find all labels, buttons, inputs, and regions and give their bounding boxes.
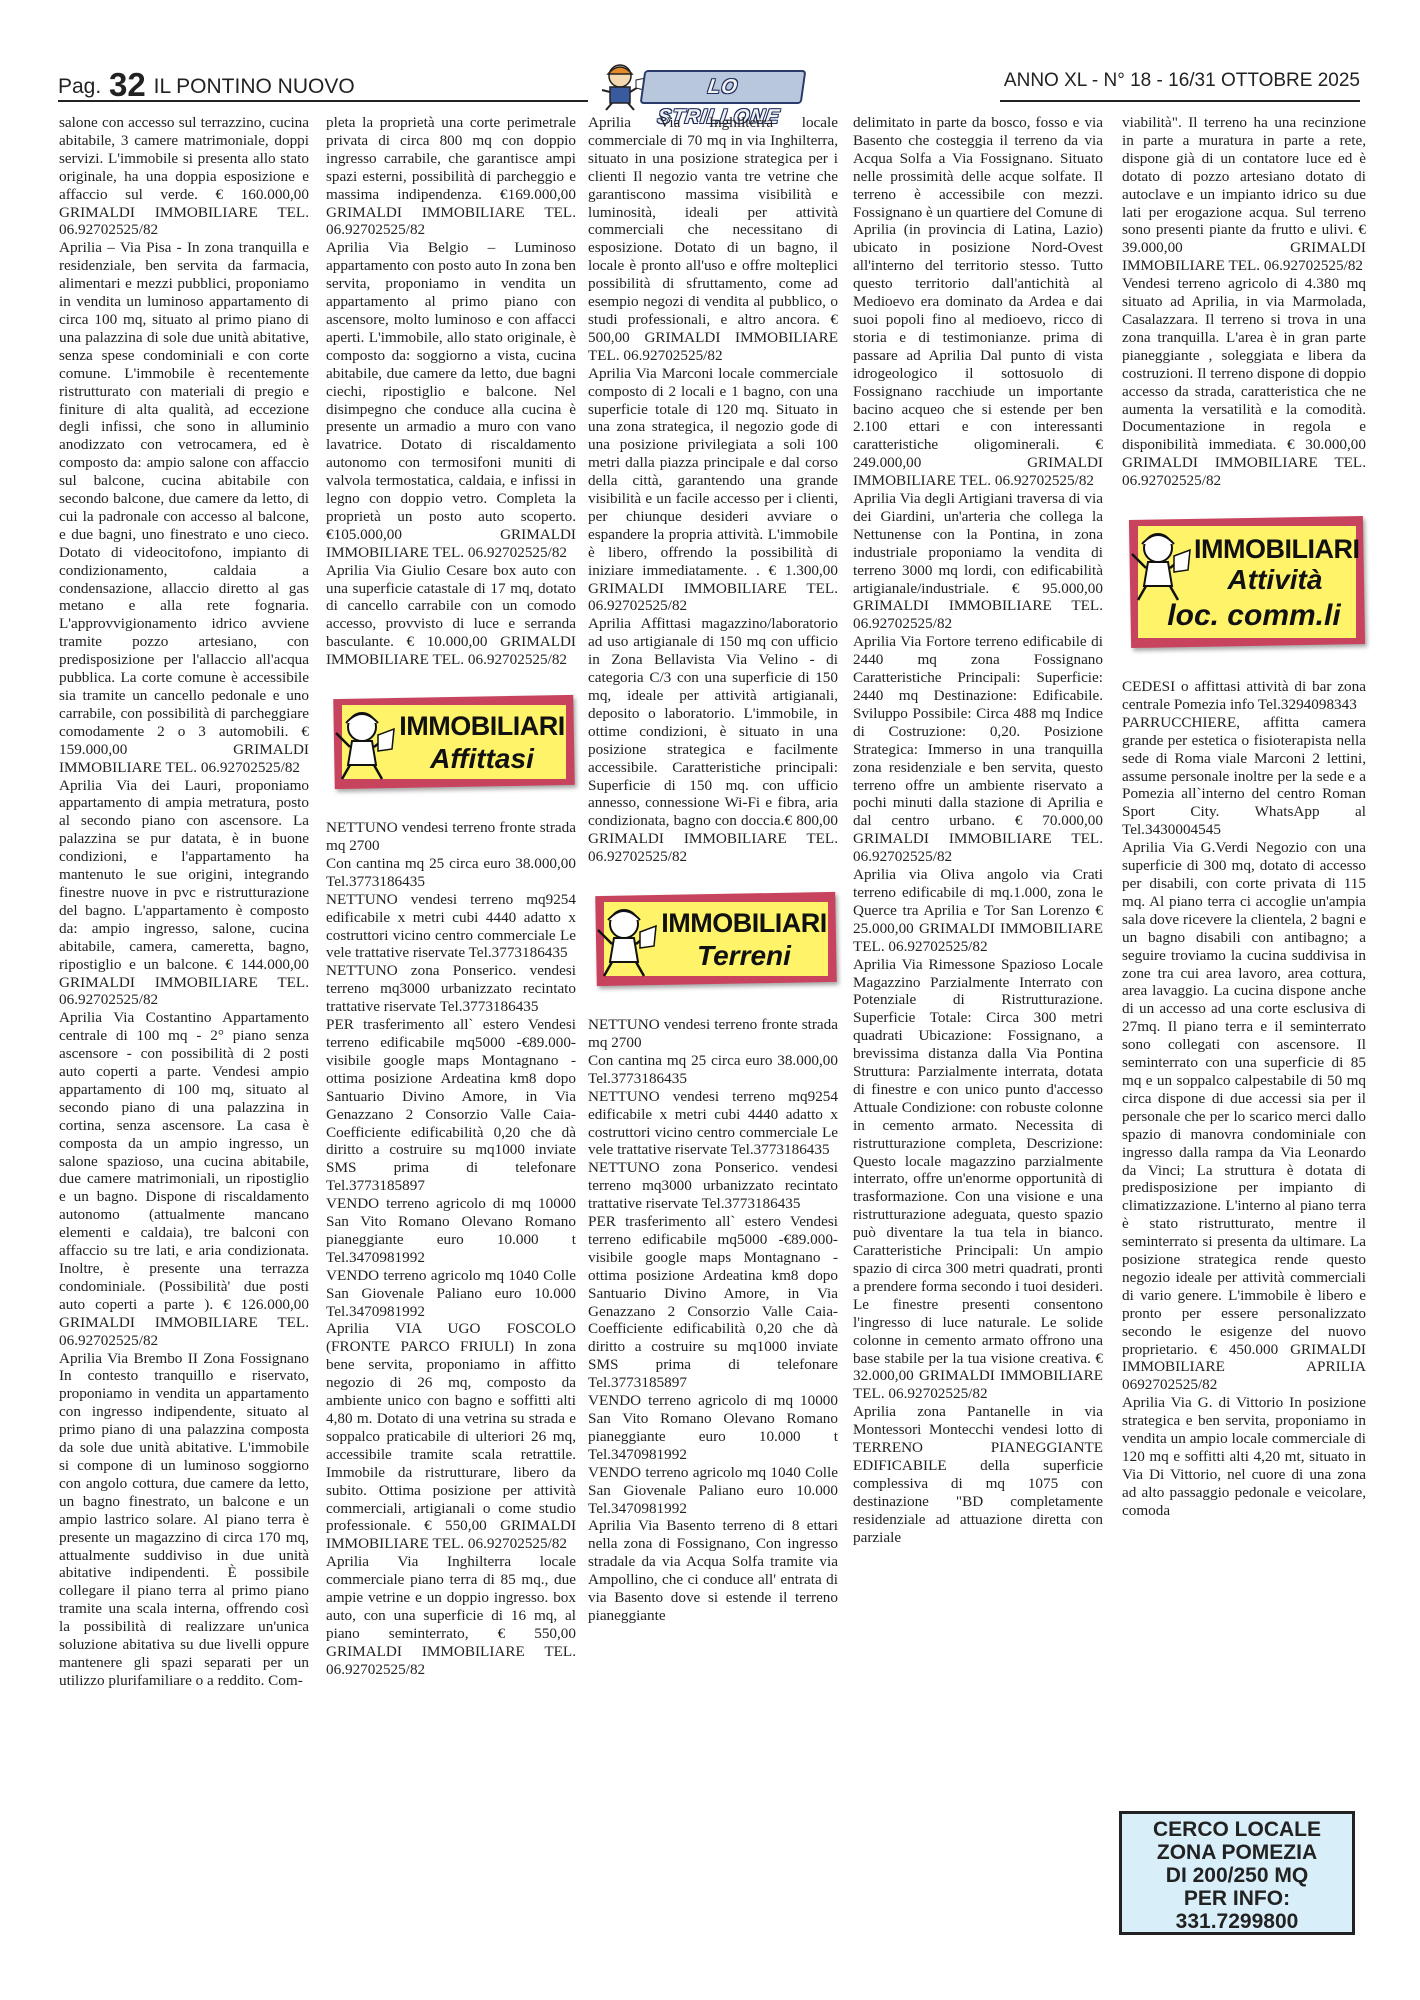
classified-ad: NETTUNO vendesi terreno fronte strada mq… <box>326 819 576 855</box>
classified-ad: Aprilia VIA UGO FOSCOLO (FRONTE PARCO FR… <box>326 1320 576 1553</box>
section-banner-attivita: IMMOBILIARI Attività loc. comm.li <box>1122 512 1366 652</box>
column-4: delimitato in parte da bosco, fosso e vi… <box>853 114 1103 1547</box>
newsboy-mascot-icon <box>588 900 660 980</box>
newsboy-mascot-icon <box>326 703 398 783</box>
classified-ad: pleta la proprietà una corte perimetrale… <box>326 114 576 239</box>
classified-ad: Aprilia via Oliva angolo via Crati terre… <box>853 866 1103 956</box>
classified-ad: VENDO terreno agricolo di mq 10000 San V… <box>326 1195 576 1267</box>
boxed-ad-line: ZONA POMEZIA <box>1122 1841 1352 1864</box>
page-number: 32 <box>109 66 146 103</box>
classified-ad: Aprilia Affittasi magazzino/laboratorio … <box>588 615 838 866</box>
publication-name: IL PONTINO NUOVO <box>154 75 355 98</box>
classified-ad: Vendesi terreno agricolo di 4.380 mq sit… <box>1122 275 1366 490</box>
newsboy-mascot-icon <box>1122 524 1194 604</box>
classified-ad: NETTUNO zona Ponserico. vendesi terreno … <box>588 1159 838 1213</box>
classified-ad: delimitato in parte da bosco, fosso e vi… <box>853 114 1103 490</box>
classified-ad: Aprilia – Via Pisa - In zona tranquilla … <box>59 239 309 776</box>
classified-ad: VENDO terreno agricolo di mq 10000 San V… <box>588 1392 838 1464</box>
classified-ad: VENDO terreno agricolo mq 1040 Colle San… <box>326 1267 576 1321</box>
banner-subtitle: Attività <box>1194 564 1356 596</box>
banner-title: IMMOBILIARI <box>1194 534 1356 564</box>
classified-ad: viabilità". Il terreno ha una recinzione… <box>1122 114 1366 275</box>
boxed-ad-line: DI 200/250 MQ <box>1122 1864 1352 1887</box>
classified-ad: Aprilia Via G. di Vittorio In posizione … <box>1122 1394 1366 1519</box>
banner-subtitle: Terreni <box>660 940 828 972</box>
issue-info: ANNO XL - N° 18 - 16/31 OTTOBRE 2025 <box>1004 70 1360 92</box>
classified-ad: NETTUNO vendesi terreno mq9254 edificabi… <box>588 1088 838 1160</box>
classified-ad: Aprilia Via Rimessone Spazioso Locale Ma… <box>853 956 1103 1404</box>
logo-wordmark: LO STRILLONE <box>640 70 807 104</box>
classified-ad: Aprilia Via Marconi locale commerciale c… <box>588 365 838 616</box>
column-2: pleta la proprietà una corte perimetrale… <box>326 114 576 1679</box>
classified-ad: Con cantina mq 25 circa euro 38.000,00 T… <box>588 1052 838 1088</box>
boxed-ad-line: PER INFO: <box>1122 1887 1352 1910</box>
classified-ad: NETTUNO zona Ponserico. vendesi terreno … <box>326 962 576 1016</box>
classified-ad: Aprilia Via G.Verdi Negozio con una supe… <box>1122 839 1366 1394</box>
classified-ad: Aprilia Via degli Artigiani traversa di … <box>853 490 1103 633</box>
classified-ad: Aprilia Via Basento terreno di 8 ettari … <box>588 1517 838 1624</box>
section-banner-affittasi: IMMOBILIARI Affittasi <box>326 691 576 793</box>
classified-ad: NETTUNO vendesi terreno mq9254 edificabi… <box>326 891 576 963</box>
banner-title: IMMOBILIARI <box>660 908 828 938</box>
classified-ad: Con cantina mq 25 circa euro 38.000,00 T… <box>326 855 576 891</box>
boxed-ad-phone: 331.7299800 <box>1122 1910 1352 1933</box>
column-1: salone con accesso sul terrazzino, cucin… <box>59 114 309 1690</box>
page-prefix: Pag. <box>58 75 101 98</box>
classified-ad: salone con accesso sul terrazzino, cucin… <box>59 114 309 239</box>
boxed-ad-cerco-locale: CERCO LOCALE ZONA POMEZIA DI 200/250 MQ … <box>1119 1811 1355 1935</box>
boxed-ad-line: CERCO LOCALE <box>1122 1818 1352 1841</box>
classified-ad: Aprilia Via Inghilterra locale commercia… <box>326 1553 576 1678</box>
header-rule-right <box>1000 100 1360 102</box>
classified-ad: PER trasferimento all` estero Vendesi te… <box>326 1016 576 1195</box>
classified-ad: Aprilia Via Brembo II Zona Fossignano In… <box>59 1350 309 1690</box>
section-banner-terreni: IMMOBILIARI Terreni <box>588 888 838 990</box>
newsboy-mascot-icon <box>592 60 648 112</box>
header-rule-left <box>58 100 588 102</box>
classified-ad: Aprilia Via Inghilterra locale commercia… <box>588 114 838 365</box>
classified-ad: Aprilia Via Giulio Cesare box auto con u… <box>326 562 576 669</box>
banner-subtitle-2: loc. comm.li <box>1152 600 1356 632</box>
classified-ad: PER trasferimento all` estero Vendesi te… <box>588 1213 838 1392</box>
column-3: Aprilia Via Inghilterra locale commercia… <box>588 114 838 1625</box>
classified-ad: Aprilia Via Fortore terreno edificabile … <box>853 633 1103 866</box>
classified-ad: Aprilia Via Costantino Appartamento cent… <box>59 1009 309 1349</box>
classified-ad: VENDO terreno agricolo mq 1040 Colle San… <box>588 1464 838 1518</box>
classified-ad: PARRUCCHIERE, affitta camera grande per … <box>1122 714 1366 839</box>
classified-ad: NETTUNO vendesi terreno fronte strada mq… <box>588 1016 838 1052</box>
classified-ad: CEDESI o affittasi attività di bar zona … <box>1122 678 1366 714</box>
page-header-left: Pag. 32 IL PONTINO NUOVO <box>58 66 355 104</box>
banner-title: IMMOBILIARI <box>398 711 566 741</box>
banner-subtitle: Affittasi <box>398 743 566 775</box>
classified-ad: Aprilia Via dei Lauri, proponiamo appart… <box>59 777 309 1010</box>
classified-ad: Aprilia Via Belgio – Luminoso appartamen… <box>326 239 576 561</box>
classified-ad: Aprilia zona Pantanelle in via Montessor… <box>853 1403 1103 1546</box>
strillone-logo: LO STRILLONE <box>592 60 802 112</box>
column-5: viabilità". Il terreno ha una recinzione… <box>1122 114 1366 1520</box>
